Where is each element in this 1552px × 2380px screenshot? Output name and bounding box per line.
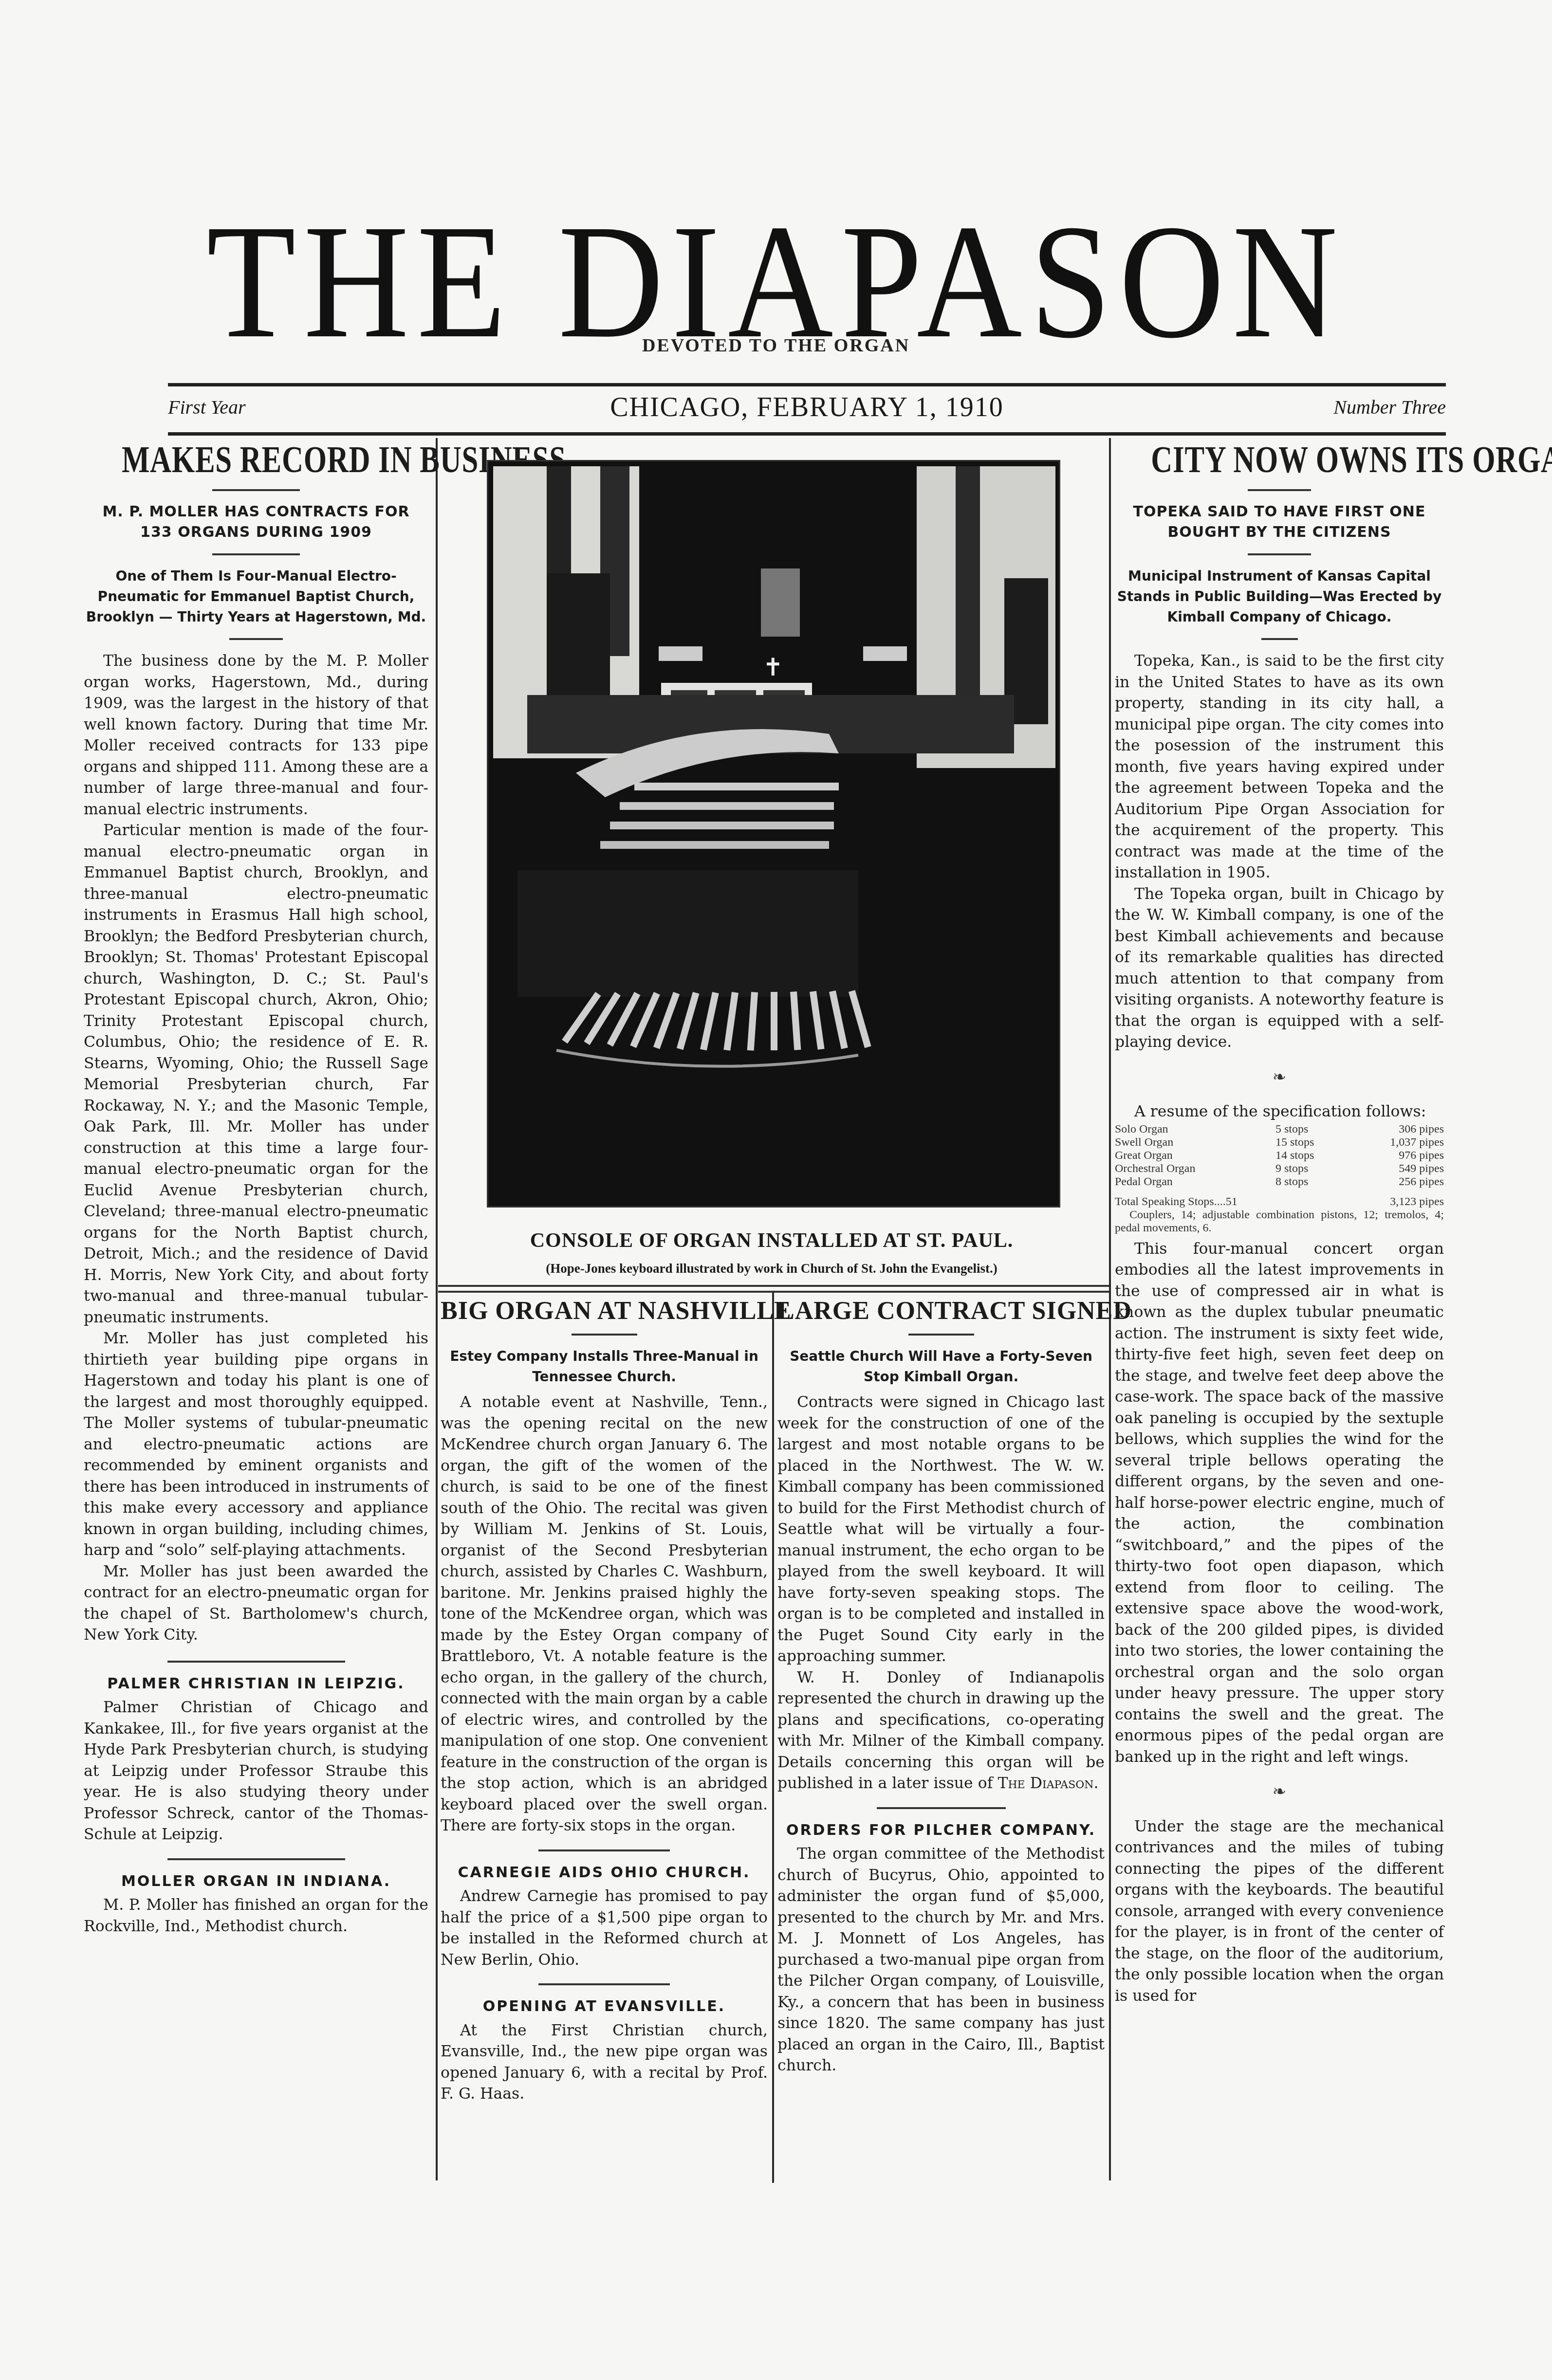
article-headline: ORDERS FOR PILCHER COMPANY. xyxy=(777,1820,1105,1841)
article-deck: Estey Company Installs Three-Manual in T… xyxy=(441,1346,768,1387)
publication-name: The Diapason xyxy=(998,1775,1093,1792)
paragraph: Contracts were signed in Chicago last we… xyxy=(777,1392,1105,1667)
article-headline: PALMER CHRISTIAN IN LEIPZIG. xyxy=(84,1673,428,1695)
article-headline: CARNEGIE AIDS OHIO CHURCH. xyxy=(441,1862,768,1884)
spec-row: Great Organ 14 stops 976 pipes xyxy=(1115,1149,1444,1162)
organ-console-photo: ✝ xyxy=(487,460,1060,1208)
caption-title: CONSOLE OF ORGAN INSTALLED AT ST. PAUL. xyxy=(467,1229,1076,1252)
article-deck: M. P. MOLLER HAS CONTRACTS FOR 133 ORGAN… xyxy=(84,502,428,543)
divider xyxy=(877,1807,1006,1809)
divider xyxy=(212,553,300,555)
paragraph: Topeka, Kan., is said to be the first ci… xyxy=(1115,651,1444,884)
paragraph: A notable event at Nashville, Tenn., was… xyxy=(441,1392,768,1837)
article-deck: Seattle Church Will Have a Forty-Seven S… xyxy=(777,1346,1105,1387)
masthead-rule-top xyxy=(168,383,1446,386)
divider xyxy=(538,1983,670,1985)
caption-subtitle: (Hope-Jones keyboard illustrated by work… xyxy=(467,1261,1076,1276)
article-evansville: OPENING AT EVANSVILLE. At the First Chri… xyxy=(441,1996,768,2105)
article-subdeck: One of Them Is Four-Manual Electro-Pneum… xyxy=(84,566,428,627)
paragraph: Particular mention is made of the four-m… xyxy=(84,820,428,1328)
paragraph: M. P. Moller has finished an organ for t… xyxy=(84,1895,428,1937)
section-rule-2 xyxy=(438,1291,1109,1293)
section-rule-1 xyxy=(438,1285,1109,1287)
paragraph: At the First Christian church, Evansvill… xyxy=(441,2020,768,2105)
specification-table: Solo Organ 5 stops 306 pipes Swell Organ… xyxy=(1115,1123,1444,1235)
paragraph: This four-manual concert organ embodies … xyxy=(1115,1239,1444,1768)
photo-caption: CONSOLE OF ORGAN INSTALLED AT ST. PAUL. … xyxy=(467,1229,1076,1276)
column-4: CITY NOW OWNS ITS ORGAN TOPEKA SAID TO H… xyxy=(1115,440,1444,2007)
spec-row: Swell Organ 15 stops 1,037 pipes xyxy=(1115,1136,1444,1149)
column-2: BIG ORGAN AT NASHVILLE Estey Company Ins… xyxy=(441,1299,768,2105)
dateline: CHICAGO, FEBRUARY 1, 1910 xyxy=(168,392,1446,423)
column-1: MAKES RECORD IN BUSINESS M. P. MOLLER HA… xyxy=(84,440,428,1937)
masthead-rule-bottom xyxy=(168,432,1446,436)
article-headline: LARGE CONTRACT SIGNED xyxy=(777,1299,1105,1324)
divider xyxy=(538,1849,670,1851)
fleuron-icon: ❧ xyxy=(1115,1781,1444,1803)
divider xyxy=(167,1858,345,1860)
divider xyxy=(167,1661,345,1663)
article-pilcher: ORDERS FOR PILCHER COMPANY. The organ co… xyxy=(777,1820,1105,2077)
dateline-bar: First Year CHICAGO, FEBRUARY 1, 1910 Num… xyxy=(168,392,1446,426)
article-headline: MOLLER ORGAN IN INDIANA. xyxy=(84,1871,428,1892)
column-divider-2 xyxy=(772,1292,774,2183)
paragraph: The Topeka organ, built in Chicago by th… xyxy=(1115,884,1444,1053)
spec-row: Orchestral Organ 9 stops 549 pipes xyxy=(1115,1162,1444,1175)
divider xyxy=(229,638,283,640)
paragraph: Palmer Christian of Chicago and Kankakee… xyxy=(84,1697,428,1846)
divider xyxy=(212,489,300,491)
masthead-tagline: DEVOTED TO THE ORGAN xyxy=(0,335,1552,356)
article-deck: TOPEKA SAID TO HAVE FIRST ONE BOUGHT BY … xyxy=(1115,502,1444,543)
article-palmer: PALMER CHRISTIAN IN LEIPZIG. Palmer Chri… xyxy=(84,1673,428,1846)
divider xyxy=(908,1334,974,1336)
spec-row: Solo Organ 5 stops 306 pipes xyxy=(1115,1123,1444,1136)
divider xyxy=(1261,638,1298,640)
article-headline: OPENING AT EVANSVILLE. xyxy=(441,1996,768,2017)
divider xyxy=(1248,489,1311,491)
article-contract: LARGE CONTRACT SIGNED Seattle Church Wil… xyxy=(777,1299,1105,1794)
article-moller: MAKES RECORD IN BUSINESS M. P. MOLLER HA… xyxy=(84,440,428,1646)
paragraph: W. H. Donley of Indianapolis represented… xyxy=(777,1667,1105,1794)
spec-notes: Couplers, 14; adjustable combination pis… xyxy=(1115,1208,1444,1235)
paragraph: Andrew Carnegie has promised to pay half… xyxy=(441,1886,768,1971)
paragraph: The organ committee of the Methodist chu… xyxy=(777,1844,1105,2077)
article-headline: MAKES RECORD IN BUSINESS xyxy=(122,440,390,478)
svg-text:✝: ✝ xyxy=(763,653,783,681)
article-nashville: BIG ORGAN AT NASHVILLE Estey Company Ins… xyxy=(441,1299,768,1837)
fleuron-icon: ❧ xyxy=(1115,1067,1444,1088)
article-subdeck: Municipal Instrument of Kansas Capital S… xyxy=(1115,566,1444,627)
column-divider-1 xyxy=(436,438,438,2180)
organ-console-illustration: ✝ xyxy=(488,461,1059,1206)
column-3: LARGE CONTRACT SIGNED Seattle Church Wil… xyxy=(777,1299,1105,2077)
article-carnegie: CARNEGIE AIDS OHIO CHURCH. Andrew Carneg… xyxy=(441,1862,768,1971)
spec-row: Pedal Organ 8 stops 256 pipes xyxy=(1115,1175,1444,1189)
article-headline: CITY NOW OWNS ITS ORGAN xyxy=(1151,440,1407,478)
issue-number: Number Three xyxy=(1333,396,1446,419)
article-headline: BIG ORGAN AT NASHVILLE xyxy=(441,1299,768,1324)
paragraph: The business done by the M. P. Moller or… xyxy=(84,651,428,820)
spec-total-row: Total Speaking Stops....51 3,123 pipes xyxy=(1115,1195,1444,1208)
divider xyxy=(572,1334,637,1336)
divider xyxy=(1248,553,1311,555)
article-indiana: MOLLER ORGAN IN INDIANA. M. P. Moller ha… xyxy=(84,1871,428,1938)
paragraph: Mr. Moller has just completed his thirti… xyxy=(84,1328,428,1561)
article-topeka: CITY NOW OWNS ITS ORGAN TOPEKA SAID TO H… xyxy=(1115,440,1444,2007)
paragraph: Under the stage are the mechanical contr… xyxy=(1115,1816,1444,2007)
paragraph: Mr. Moller has just been awarded the con… xyxy=(84,1561,428,1646)
paragraph: A resume of the specification follows: xyxy=(1115,1101,1444,1123)
